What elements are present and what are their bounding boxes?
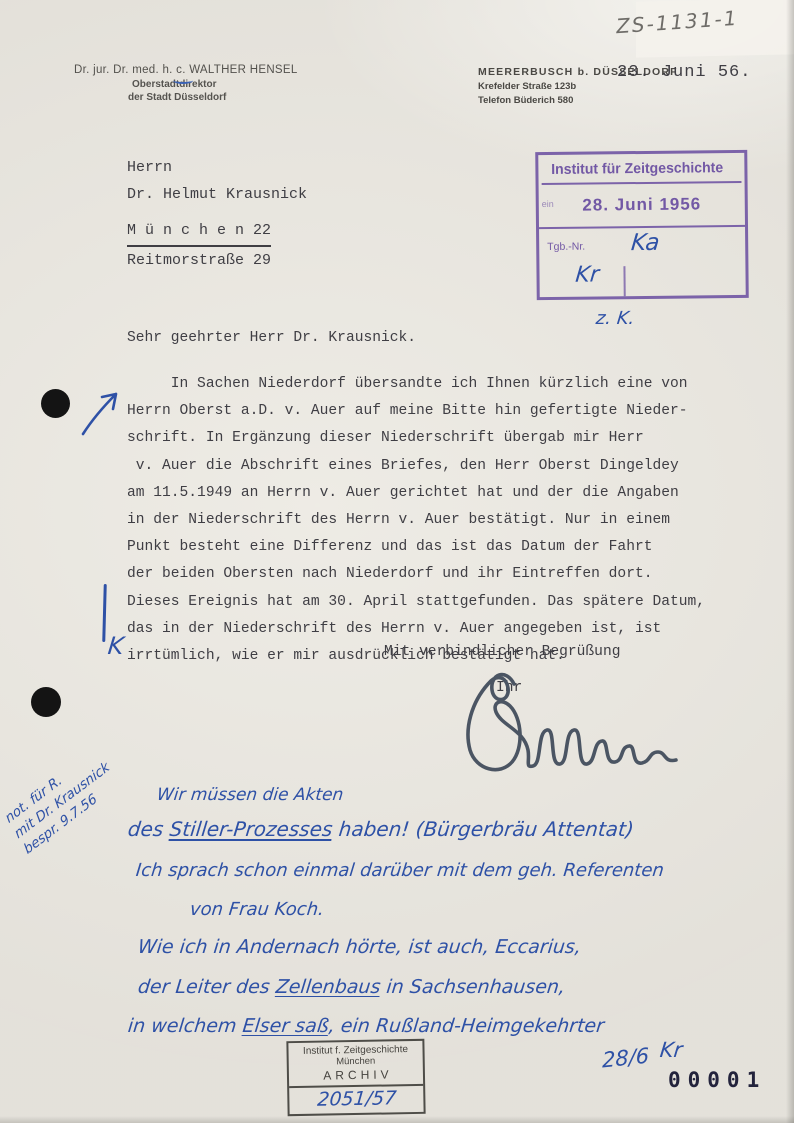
receipt-stamp: Institut für Zeitgeschichte ein 28. Juni… — [535, 150, 749, 300]
receipt-stamp-prefix: ein — [542, 199, 554, 209]
recipient-city: M ü n c h e n 22 — [127, 217, 271, 247]
scan-edge-bottom — [0, 1116, 794, 1123]
blue-underline-mark — [173, 77, 193, 84]
body-line: Punkt besteht eine Differenz und das ist… — [127, 534, 705, 561]
recipient-address: Herrn Dr. Helmut Krausnick M ü n c h e n… — [127, 154, 307, 274]
note-text: in Sachsenhausen, — [379, 976, 566, 998]
body-line: in der Niederschrift des Herrn v. Auer b… — [127, 507, 705, 534]
punch-hole-bottom — [31, 687, 61, 717]
receipt-stamp-tgb-label: Tgb.-Nr. — [547, 241, 585, 253]
receipt-stamp-date: 28. Juni 1956 — [582, 194, 701, 214]
note-text: des — [127, 817, 171, 841]
sender-street: Krefelder Straße 123b — [478, 80, 678, 94]
punch-hole-top — [41, 389, 70, 418]
handwritten-note-line: Ich sprach schon einmal darüber mit dem … — [135, 860, 665, 881]
body-line: schrift. In Ergänzung dieser Niederschri… — [127, 425, 705, 452]
body-line: In Sachen Niederdorf übersandte ich Ihne… — [127, 371, 705, 398]
recipient-salutation-line: Herrn — [127, 154, 307, 181]
note-text: haben! (Bürgerbräu Attentat) — [331, 817, 635, 841]
letterhead-name: Dr. jur. Dr. med. h. c. WALTHER HENSEL — [74, 64, 298, 76]
archive-stamp-line1: Institut f. Zeitgeschichte — [288, 1041, 422, 1057]
closing-formula: Mit verbindlicher Begrüßung — [384, 644, 620, 660]
blue-margin-line — [102, 584, 106, 642]
body-line: v. Auer die Abschrift eines Briefes, den… — [127, 453, 705, 480]
margin-note: not. für R. mit Dr. Krausnick bespr. 9.7… — [2, 742, 122, 858]
archive-stamp: Institut f. Zeitgeschichte München ARCHI… — [286, 1039, 425, 1116]
letterhead-city: der Stadt Düsseldorf — [128, 92, 298, 103]
body-line: das in der Niederschrift des Herrn v. Au… — [127, 616, 705, 643]
note-text: in welchem — [127, 1015, 244, 1037]
handwritten-note-line: des Stiller-Prozesses haben! (Bürgerbräu… — [127, 817, 635, 841]
receipt-stamp-bottom-row: Kr — [539, 265, 745, 297]
date-annotation: 28/6 — [602, 1043, 649, 1072]
receipt-stamp-title: Institut für Zeitgeschichte — [541, 153, 741, 185]
handwritten-note-line: von Frau Koch. — [189, 899, 325, 920]
letter-salutation: Sehr geehrter Herr Dr. Krausnick. — [127, 330, 416, 346]
receipt-stamp-tgb-row: Tgb.-Nr. Ka — [539, 227, 745, 267]
zk-annotation: z. K. — [595, 308, 636, 329]
initials-annotation: Kr — [659, 1038, 684, 1062]
receipt-stamp-initials: Kr — [574, 262, 600, 287]
letter-body: In Sachen Niederdorf übersandte ich Ihne… — [127, 371, 705, 670]
body-line: der beiden Obersten nach Niederdorf und … — [127, 561, 705, 588]
body-line: am 11.5.1949 an Herrn v. Auer gerichtet … — [127, 480, 705, 507]
note-text: , ein Rußland-Heimgekehrter — [328, 1015, 606, 1037]
body-line: Herrn Oberst a.D. v. Auer auf meine Bitt… — [127, 398, 705, 425]
note-text: der Leiter des — [137, 976, 277, 998]
recipient-name: Dr. Helmut Krausnick — [127, 181, 307, 208]
letterhead: Dr. jur. Dr. med. h. c. WALTHER HENSEL O… — [74, 64, 298, 103]
archive-stamp-line3: ARCHIV — [289, 1066, 423, 1086]
archive-stamp-number: 2051/57 — [316, 1086, 397, 1111]
blue-margin-initial: K — [107, 632, 126, 660]
handwritten-note-line: der Leiter des Zellenbaus in Sachsenhaus… — [137, 976, 566, 998]
body-line: Dieses Ereignis hat am 30. April stattge… — [127, 589, 705, 616]
letterhead-title: Oberstadtdirektor — [132, 79, 298, 90]
signature — [452, 664, 702, 789]
handwritten-note-line: in welchem Elser saß, ein Rußland-Heimge… — [127, 1015, 605, 1037]
handwritten-note-line: Wie ich in Andernach hörte, ist auch, Ec… — [137, 936, 582, 958]
handwritten-note-line: Wir müssen die Akten — [156, 785, 344, 805]
receipt-stamp-divider — [623, 266, 625, 296]
blue-arrow-icon — [80, 386, 122, 438]
sender-phone: Telefon Büderich 580 — [478, 94, 678, 108]
page-number-stamp: 00001 — [668, 1068, 766, 1092]
note-text-underlined: Zellenbaus — [275, 976, 382, 998]
scan-edge-right — [786, 0, 794, 1123]
note-text-underlined: Stiller-Prozesses — [169, 817, 334, 841]
receipt-stamp-date-row: ein 28. Juni 1956 — [539, 183, 745, 229]
receipt-stamp-tgb-value: Ka — [630, 230, 661, 256]
letter-date: 23. Juni 56. — [617, 63, 751, 82]
note-text-underlined: Elser saß — [241, 1015, 330, 1037]
recipient-street: Reitmorstraße 29 — [127, 247, 307, 274]
